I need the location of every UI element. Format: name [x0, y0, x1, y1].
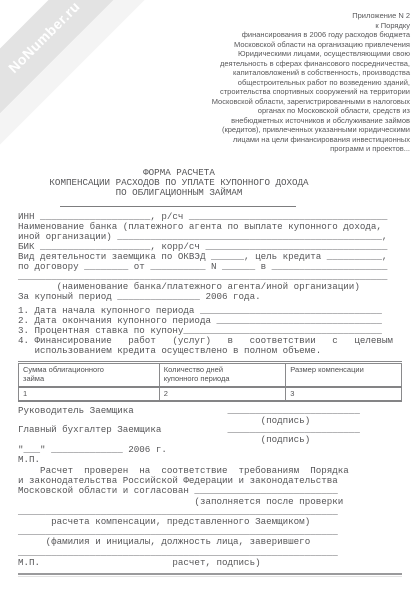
watermark-text: NoNumber.ru — [5, 0, 83, 76]
annex-note: Приложение N 2 к Порядку финансирования … — [100, 11, 410, 154]
table-header-compensation: Размер компенсации — [286, 363, 402, 388]
table-cell-3: 3 — [286, 387, 402, 401]
compensation-table: Сумма облигационного займа Количество дн… — [18, 361, 402, 402]
form-title: ФОРМА РАСЧЕТА КОМПЕНСАЦИИ РАСХОДОВ ПО УП… — [18, 168, 340, 198]
table-header-loan-sum: Сумма облигационного займа — [19, 363, 160, 388]
table-row: 1 2 3 — [19, 387, 402, 401]
bottom-divider — [18, 573, 402, 577]
document-page: NoNumber.ru Приложение N 2 к Порядку фин… — [0, 0, 420, 600]
table-header-row: Сумма облигационного займа Количество дн… — [19, 363, 402, 388]
requisites-block: ИНН ____________________, р/сч _________… — [18, 212, 387, 302]
signatures-block: Руководитель Заемщика __________________… — [18, 406, 360, 464]
approval-block: Расчет проверен на соответствие требован… — [18, 466, 349, 568]
table-cell-2: 2 — [159, 387, 285, 401]
numbered-items-block: 1. Дата начала купонного периода _______… — [18, 306, 393, 356]
table-cell-1: 1 — [19, 387, 160, 401]
table-header-coupon-days: Количество дней купонного периода — [159, 363, 285, 388]
title-underline — [60, 206, 296, 207]
